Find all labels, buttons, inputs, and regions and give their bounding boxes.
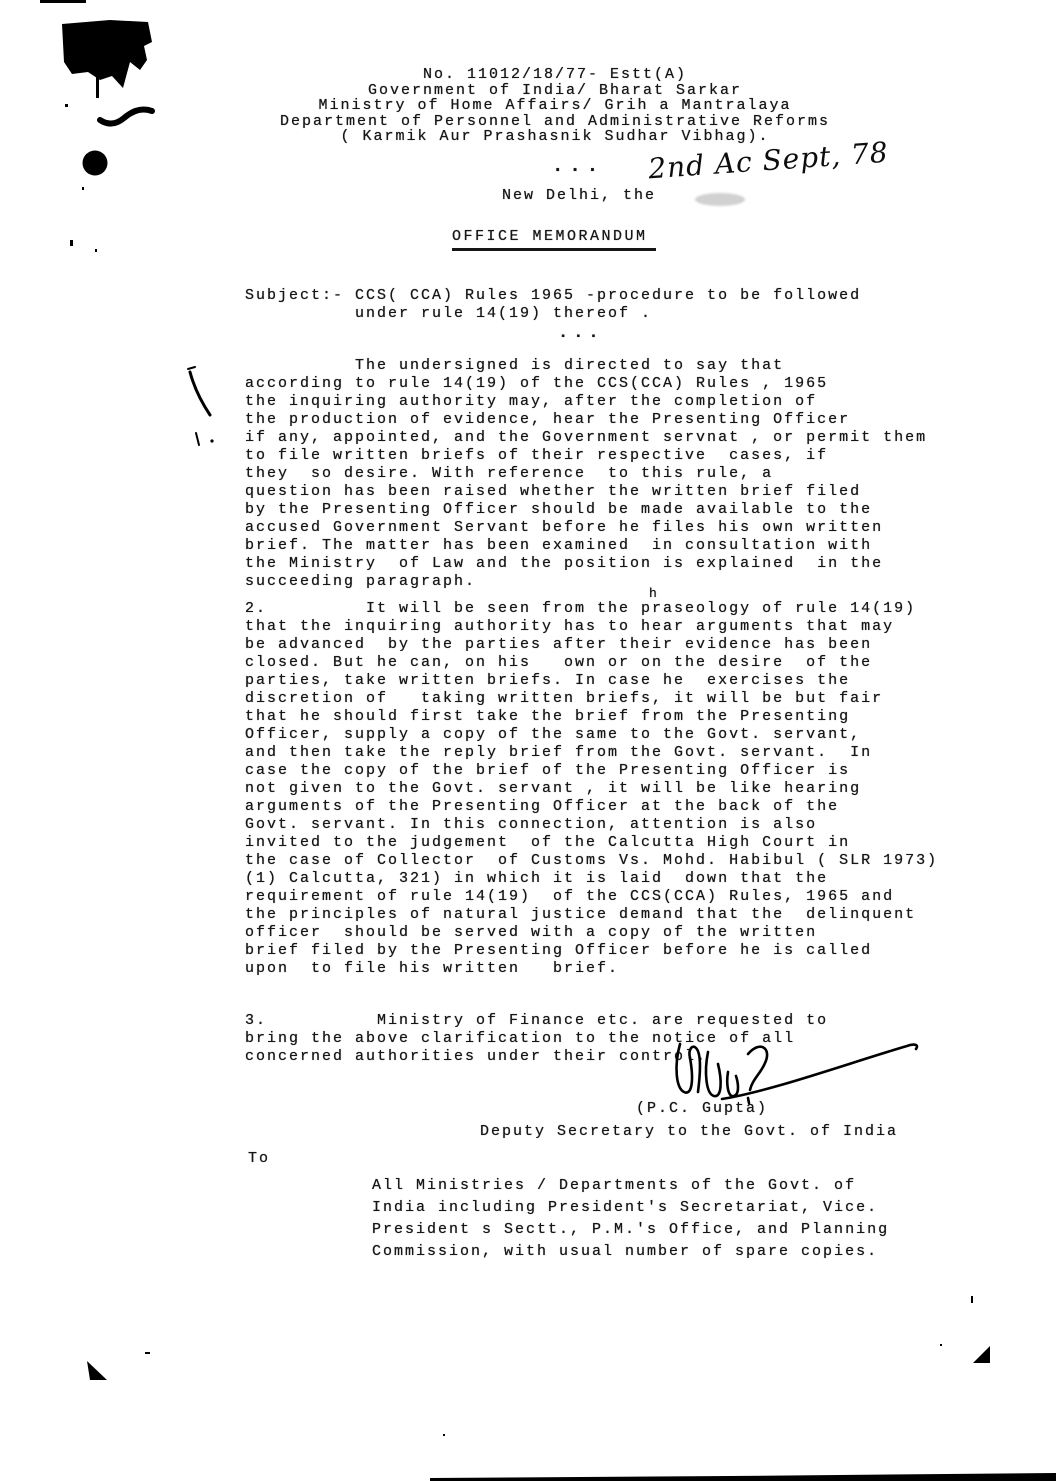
scan-bottom-edge: [430, 1473, 1056, 1481]
to-label: To: [248, 1150, 270, 1168]
paragraph-2: 2. It will be seen from the praseology o…: [245, 600, 938, 978]
ink-speck: [70, 240, 73, 246]
ink-speck: [95, 249, 97, 252]
corner-mark-bottom-right: [973, 1346, 991, 1364]
ink-speck: [145, 1352, 150, 1354]
ink-speck: [971, 1296, 973, 1303]
ink-speck: [82, 187, 84, 190]
scan-edge-mark: [40, 0, 86, 3]
ink-speck: [443, 1434, 445, 1436]
paragraph-1: The undersigned is directed to say that …: [245, 357, 927, 591]
ink-speck: [940, 1344, 942, 1346]
signatory-title: Deputy Secretary to the Govt. of India: [480, 1123, 898, 1141]
separator-dots: ...: [558, 325, 604, 343]
dateline: New Delhi, the: [502, 187, 656, 205]
signatory-name: (P.C. Gupta): [636, 1100, 768, 1118]
corner-mark-bottom-left: [87, 1361, 109, 1381]
memo-page: No. 11012/18/77- Estt(A) Government of I…: [0, 0, 1056, 1481]
address-block: All Ministries / Departments of the Govt…: [372, 1175, 889, 1263]
subject-block: Subject:- CCS( CCA) Rules 1965 -procedur…: [245, 287, 861, 323]
separator-dots: ...: [552, 157, 604, 175]
ink-smudge: [695, 193, 745, 206]
memo-title: OFFICE MEMORANDUM: [452, 228, 656, 251]
margin-pen-mark: [182, 365, 227, 455]
letterhead: No. 11012/18/77- Estt(A) Government of I…: [54, 67, 1056, 145]
handwritten-insert-h: h: [649, 587, 657, 600]
